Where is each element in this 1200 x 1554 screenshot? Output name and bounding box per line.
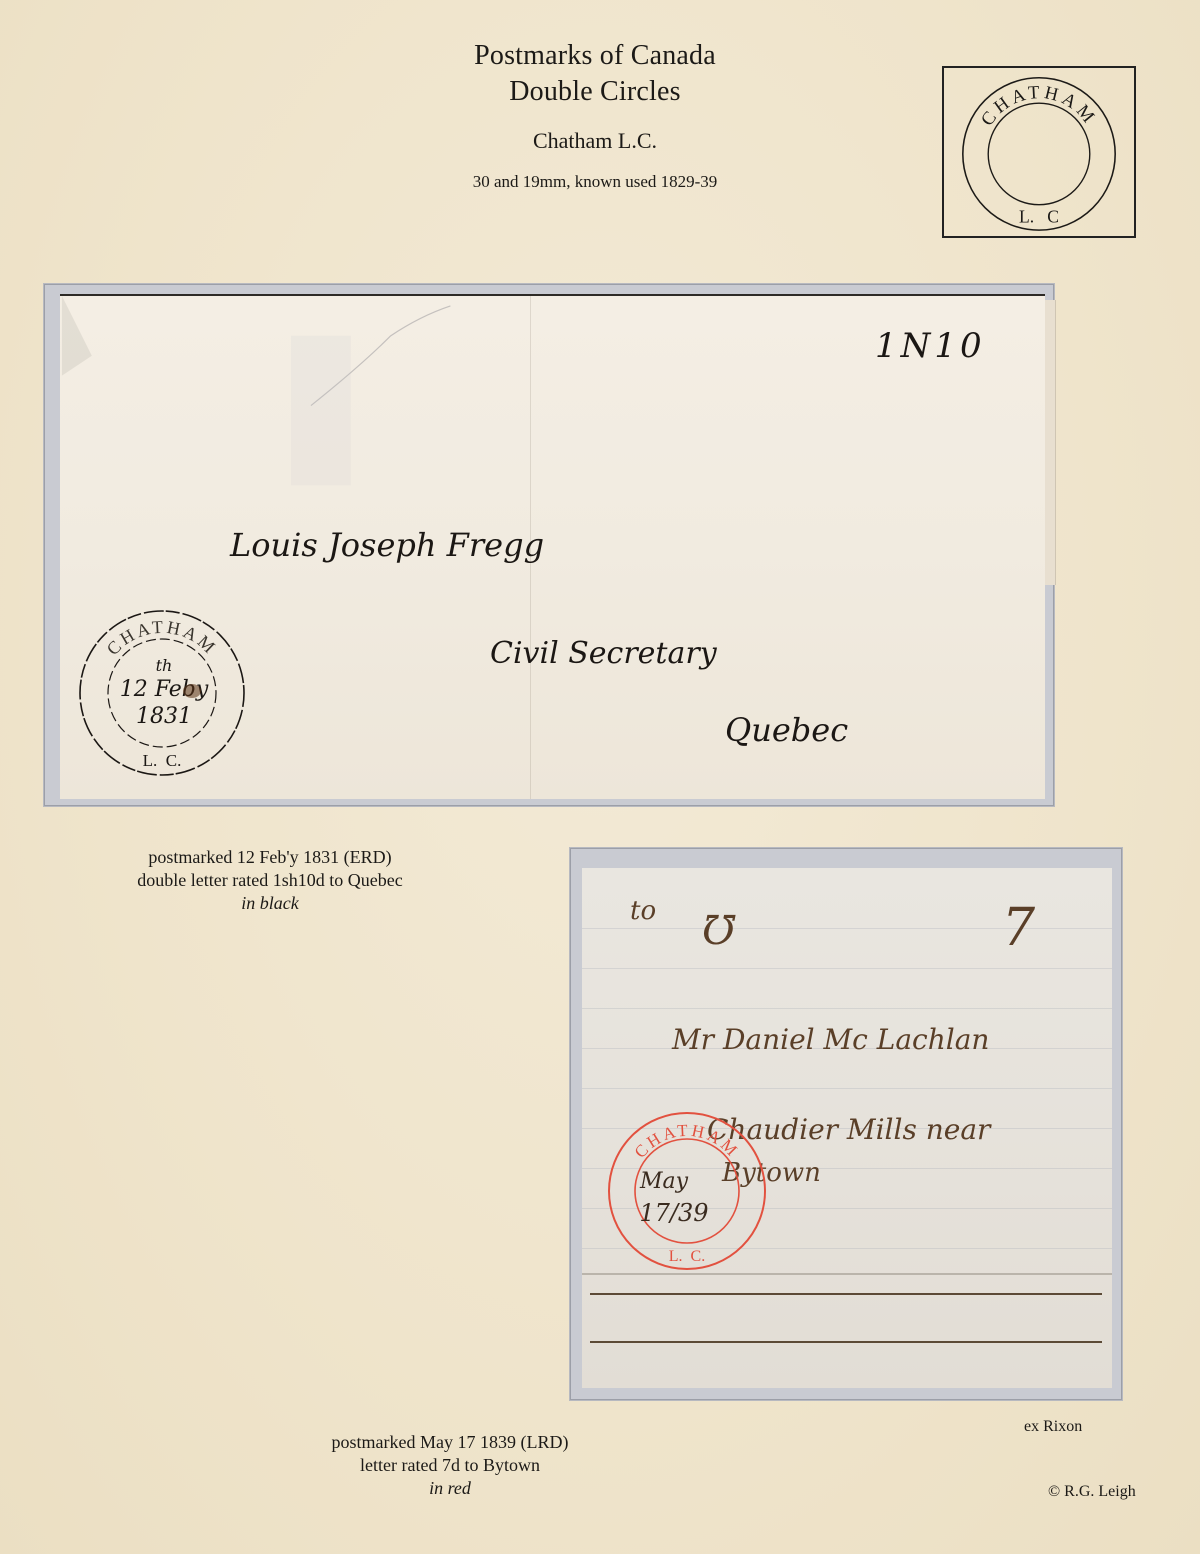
provenance-note: ex Rixon	[1024, 1418, 1082, 1436]
cover-2-ruled-line	[582, 1008, 1112, 1009]
cover-2-letter: to ℧ 7 Mr Daniel Mc Lachlan Chaudier Mil…	[582, 868, 1112, 1388]
cover-2-caption-ink: in red	[270, 1477, 630, 1500]
cover-1-caption-rate: double letter rated 1sh10d to Quebec	[50, 869, 490, 892]
cover-2-postmark-month: May	[639, 1169, 689, 1194]
postmark-dimensions-note: 30 and 19mm, known used 1829-39	[395, 172, 795, 192]
cover-2-postmark: CHATHAM L. C. May 17/39	[602, 1106, 772, 1276]
cover-2-caption-date: postmarked May 17 1839 (LRD)	[270, 1431, 630, 1454]
cover-2-postmark-date: 17/39	[639, 1199, 708, 1227]
cover-1-postmark-province: L. C.	[143, 751, 182, 770]
cover-1-postmark-day-suffix: th	[156, 656, 173, 675]
cover-1-rate-marking: 1N10	[875, 326, 986, 366]
cover-1-address-title: Civil Secretary	[490, 636, 717, 671]
cover-1-postmark: CHATHAM L. C. th 12 Feby 1831	[72, 601, 252, 781]
cover-2-rate-marking: 7	[1002, 898, 1035, 958]
reference-postmark-town: CHATHAM	[977, 82, 1101, 130]
reference-postmark-box: CHATHAM L. C	[942, 66, 1136, 238]
cover-2-brace-mark: ℧	[702, 908, 735, 954]
cover-2-caption-rate: letter rated 7d to Bytown	[270, 1454, 630, 1477]
cover-2-postmark-province: L. C.	[669, 1248, 705, 1265]
cover-2-ruled-line	[582, 968, 1112, 969]
cover-1-address-city: Quebec	[725, 711, 848, 749]
page-header: Postmarks of Canada Double Circles Chath…	[395, 38, 795, 192]
cover-1-caption-date: postmarked 12 Feb'y 1831 (ERD)	[50, 846, 490, 869]
cover-2-ruled-line	[582, 1088, 1112, 1089]
cover-2-postmark-town: CHATHAM	[631, 1121, 744, 1162]
double-circle-postmark-icon: CHATHAM L. C	[944, 68, 1134, 236]
svg-text:CHATHAM: CHATHAM	[631, 1121, 744, 1162]
cover-2-top-marking: to	[630, 896, 656, 926]
page-title-line-1: Postmarks of Canada	[395, 38, 795, 74]
reference-postmark-province: L. C	[1019, 206, 1059, 226]
copyright-notice: © R.G. Leigh	[1048, 1483, 1136, 1501]
cover-2-rule	[590, 1293, 1102, 1295]
cover-2-rule	[590, 1341, 1102, 1343]
page-title-line-2: Double Circles	[395, 74, 795, 110]
cover-1-caption-ink: in black	[50, 892, 490, 915]
svg-text:CHATHAM: CHATHAM	[977, 82, 1101, 130]
cover-1-letter: 1N10 Louis Joseph Fregg Civil Secretary …	[60, 294, 1045, 799]
cover-1-postmark-year: 1831	[136, 704, 192, 729]
postmark-town-subtitle: Chatham L.C.	[395, 128, 795, 154]
cover-2-caption: postmarked May 17 1839 (LRD) letter rate…	[270, 1431, 630, 1500]
cover-1-addressee: Louis Joseph Fregg	[230, 526, 544, 564]
cover-2-addressee: Mr Daniel Mc Lachlan	[672, 1023, 989, 1056]
cover-1-caption: postmarked 12 Feb'y 1831 (ERD) double le…	[50, 846, 490, 915]
